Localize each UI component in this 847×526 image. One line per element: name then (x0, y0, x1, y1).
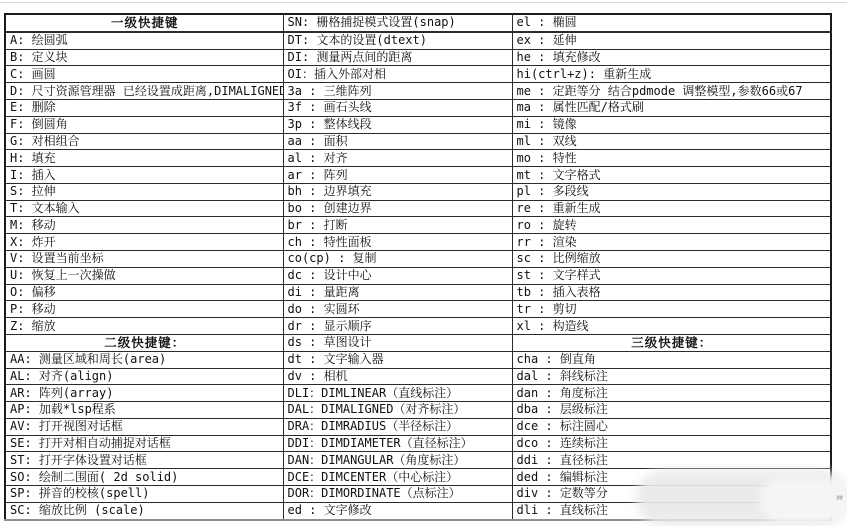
shortcut-cell: 3a : 三维阵列 (283, 83, 512, 100)
shortcut-cell: D: 尺寸资源管理器 已经设置成距离,DIMALIGNED (5, 83, 283, 100)
shortcut-cell: A: 绘圆弧 (5, 32, 283, 49)
table-row: M: 移动br : 打断ro : 旋转 (5, 217, 831, 234)
shortcut-cell: he : 填充修改 (512, 49, 831, 66)
shortcut-cell: DCE：DIMCENTER（中心标注） (283, 469, 512, 486)
table-row: X: 炸开ch : 特性面板rr : 渲染 (5, 234, 831, 251)
shortcut-cell: AR: 阵列(array) (5, 385, 283, 402)
section-header: 二级快捷键： (5, 334, 283, 351)
watermark-smudge-light (760, 478, 847, 522)
shortcut-cell: ST: 打开字体设置对话框 (5, 452, 283, 469)
shortcut-cell: dr : 显示顺序 (283, 318, 512, 335)
table-row: SE: 打开对相自动捕捉对话框DDI：DIMDIAMETER（直径标注）dco … (5, 435, 831, 452)
shortcut-cell: ex : 延伸 (512, 32, 831, 49)
shortcut-cell: br : 打断 (283, 217, 512, 234)
shortcut-cell: tb : 插入表格 (512, 284, 831, 301)
shortcut-cell: 3p : 整体线段 (283, 116, 512, 133)
shortcut-cell: P: 移动 (5, 301, 283, 318)
shortcut-cell: AP: 加载*lsp程系 (5, 402, 283, 419)
watermark-mark: ” (836, 494, 847, 504)
shortcut-cell: X: 炸开 (5, 234, 283, 251)
shortcut-cell: bh : 边界填充 (283, 183, 512, 200)
table-row: G: 对相组合aa : 面积ml : 双线 (5, 133, 831, 150)
shortcut-cell: DT: 文本的设置(dtext) (283, 32, 512, 49)
shortcut-cell: mi : 镜像 (512, 116, 831, 133)
table-row: U: 恢复上一次操做dc : 设计中心st : 文字样式 (5, 267, 831, 284)
table-body: 一级快捷键SN: 栅格捕捉模式设置(snap)el : 椭圆A: 绘圆弧DT: … (5, 14, 831, 520)
shortcut-cell: re : 重新生成 (512, 200, 831, 217)
shortcut-cell: C: 画圆 (5, 66, 283, 83)
shortcut-cell: SP: 拼音的校核(spell) (5, 485, 283, 502)
table-row: AV: 打开视图对话框DRA：DIMRADIUS（半径标注）dce : 标注圆心 (5, 418, 831, 435)
table-row: AA: 测量区域和周长(area)dt : 文字输入器cha : 倒直角 (5, 351, 831, 368)
shortcut-cell: tr : 剪切 (512, 301, 831, 318)
shortcut-cell: dc : 设计中心 (283, 267, 512, 284)
shortcut-cell: xl : 构造线 (512, 318, 831, 335)
shortcut-cell: G: 对相组合 (5, 133, 283, 150)
shortcut-cell: ddi : 直径标注 (512, 452, 831, 469)
shortcut-cell: OI：插入外部对相 (283, 66, 512, 83)
shortcut-cell: dce : 标注圆心 (512, 418, 831, 435)
scan-edge-line (0, 2, 847, 3)
shortcut-cell: ro : 旋转 (512, 217, 831, 234)
shortcut-cell: DAL：DIMALIGNED（对齐标注） (283, 402, 512, 419)
shortcut-cell: SO: 绘制二围面( 2d solid) (5, 469, 283, 486)
shortcut-cell: V: 设置当前坐标 (5, 251, 283, 268)
section-header: 一级快捷键 (5, 14, 283, 32)
shortcut-cell: el : 椭圆 (512, 14, 831, 32)
shortcut-cell: di : 量距离 (283, 284, 512, 301)
shortcut-cell: H: 填充 (5, 150, 283, 167)
shortcut-cell: bo : 创建边界 (283, 200, 512, 217)
shortcut-cell: ar : 阵列 (283, 167, 512, 184)
shortcut-cell: AL: 对齐(align) (5, 368, 283, 385)
shortcut-cell: Z: 缩放 (5, 318, 283, 335)
shortcut-cell: U: 恢复上一次操做 (5, 267, 283, 284)
shortcut-cell: dco : 连续标注 (512, 435, 831, 452)
shortcut-cell: AV: 打开视图对话框 (5, 418, 283, 435)
shortcut-cell: DAN：DIMANGULAR（角度标注） (283, 452, 512, 469)
shortcut-cell: DRA：DIMRADIUS（半径标注） (283, 418, 512, 435)
shortcut-cell: aa : 面积 (283, 133, 512, 150)
table-row: V: 设置当前坐标co(cp) : 复制sc : 比例缩放 (5, 251, 831, 268)
shortcut-cell: rr : 渲染 (512, 234, 831, 251)
table-row: AP: 加载*lsp程系DAL：DIMALIGNED（对齐标注）dba : 层级… (5, 402, 831, 419)
shortcut-cell: me : 定距等分 结合pdmode 调整模型,参数66或67 (512, 83, 831, 100)
shortcut-cell: I: 插入 (5, 167, 283, 184)
shortcut-cell: ed : 文字修改 (283, 502, 512, 520)
table-row: 二级快捷键：ds : 草图设计三级快捷键： (5, 334, 831, 351)
shortcut-cell: dt : 文字输入器 (283, 351, 512, 368)
shortcut-cell: E: 删除 (5, 100, 283, 117)
shortcut-cell: ds : 草图设计 (283, 334, 512, 351)
shortcut-cell: B: 定义块 (5, 49, 283, 66)
shortcut-cell: ml : 双线 (512, 133, 831, 150)
shortcut-cell: M: 移动 (5, 217, 283, 234)
shortcut-cell: pl : 多段线 (512, 183, 831, 200)
shortcut-cell: sc : 比例缩放 (512, 251, 831, 268)
table-row: AR: 阵列(array)DLI：DIMLINEAR（直线标注）dan : 角度… (5, 385, 831, 402)
table-row: E: 删除3f : 画石头线ma : 属性匹配/格式刷 (5, 100, 831, 117)
table-row: 一级快捷键SN: 栅格捕捉模式设置(snap)el : 椭圆 (5, 14, 831, 32)
shortcut-cell: dba : 层级标注 (512, 402, 831, 419)
table-row: B: 定义块DI: 测量两点间的距离he : 填充修改 (5, 49, 831, 66)
table-row: A: 绘圆弧DT: 文本的设置(dtext)ex : 延伸 (5, 32, 831, 49)
table-row: C: 画圆OI：插入外部对相hi(ctrl+z): 重新生成 (5, 66, 831, 83)
section-header: 三级快捷键： (512, 334, 831, 351)
shortcut-cell: hi(ctrl+z): 重新生成 (512, 66, 831, 83)
shortcut-cell: O: 偏移 (5, 284, 283, 301)
shortcut-cell: SC: 缩放比例 (scale) (5, 502, 283, 520)
shortcut-cell: dal : 斜线标注 (512, 368, 831, 385)
shortcut-cell: AA: 测量区域和周长(area) (5, 351, 283, 368)
table-row: I: 插入ar : 阵列mt : 文字格式 (5, 167, 831, 184)
shortcut-cell: T: 文本输入 (5, 200, 283, 217)
shortcut-cell: mo : 特性 (512, 150, 831, 167)
table-row: AL: 对齐(align)dv : 相机dal : 斜线标注 (5, 368, 831, 385)
shortcut-cell: co(cp) : 复制 (283, 251, 512, 268)
table-row: D: 尺寸资源管理器 已经设置成距离,DIMALIGNED3a : 三维阵列me… (5, 83, 831, 100)
shortcut-cell: DDI：DIMDIAMETER（直径标注） (283, 435, 512, 452)
shortcut-cell: al : 对齐 (283, 150, 512, 167)
table-row: P: 移动do : 实圆环tr : 剪切 (5, 301, 831, 318)
table-row: T: 文本输入bo : 创建边界re : 重新生成 (5, 200, 831, 217)
shortcut-cell: dv : 相机 (283, 368, 512, 385)
shortcut-cell: SN: 栅格捕捉模式设置(snap) (283, 14, 512, 32)
shortcut-cell: mt : 文字格式 (512, 167, 831, 184)
shortcut-cell: dan : 角度标注 (512, 385, 831, 402)
table-row: S: 拉伸bh : 边界填充pl : 多段线 (5, 183, 831, 200)
shortcut-cell: DOR：DIMORDINATE（点标注） (283, 485, 512, 502)
shortcut-cell: do : 实圆环 (283, 301, 512, 318)
shortcut-cell: st : 文字样式 (512, 267, 831, 284)
shortcut-cell: S: 拉伸 (5, 183, 283, 200)
table-row: O: 偏移di : 量距离tb : 插入表格 (5, 284, 831, 301)
table-row: Z: 缩放dr : 显示顺序xl : 构造线 (5, 318, 831, 335)
shortcut-cell: ma : 属性匹配/格式刷 (512, 100, 831, 117)
shortcut-cell: F: 倒圆角 (5, 116, 283, 133)
shortcut-key-table: 一级快捷键SN: 栅格捕捉模式设置(snap)el : 椭圆A: 绘圆弧DT: … (4, 13, 832, 521)
table-row: ST: 打开字体设置对话框DAN：DIMANGULAR（角度标注）ddi : 直… (5, 452, 831, 469)
shortcut-cell: DI: 测量两点间的距离 (283, 49, 512, 66)
shortcut-cell: cha : 倒直角 (512, 351, 831, 368)
shortcut-cell: SE: 打开对相自动捕捉对话框 (5, 435, 283, 452)
table-row: H: 填充al : 对齐mo : 特性 (5, 150, 831, 167)
shortcut-cell: ch : 特性面板 (283, 234, 512, 251)
table-row: F: 倒圆角3p : 整体线段mi : 镜像 (5, 116, 831, 133)
shortcut-cell: 3f : 画石头线 (283, 100, 512, 117)
shortcut-cell: DLI：DIMLINEAR（直线标注） (283, 385, 512, 402)
